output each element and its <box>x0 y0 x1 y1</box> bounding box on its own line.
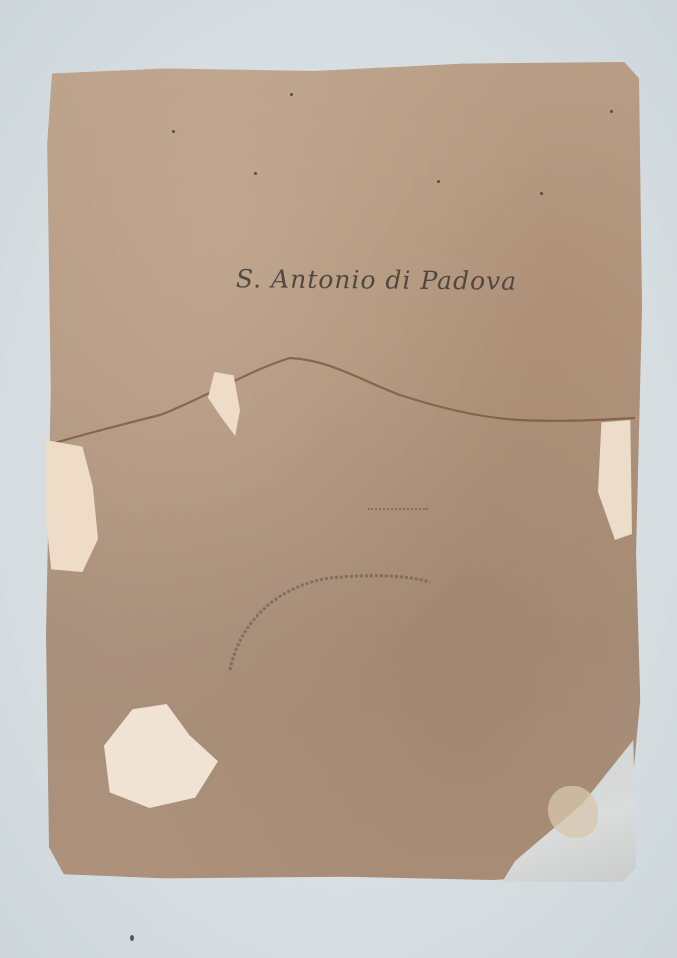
faint-arc-mark <box>220 560 450 680</box>
crack-line <box>40 340 640 460</box>
dirt-speck <box>254 172 257 175</box>
dirt-speck <box>540 192 543 195</box>
dirt-speck <box>172 130 175 133</box>
dirt-speck <box>610 110 613 113</box>
dirt-speck <box>437 180 440 183</box>
dirt-speck <box>290 93 293 96</box>
faint-mark <box>368 494 428 510</box>
dirt-speck <box>130 935 134 941</box>
handwritten-inscription: S. Antonio di Padova <box>236 264 636 296</box>
